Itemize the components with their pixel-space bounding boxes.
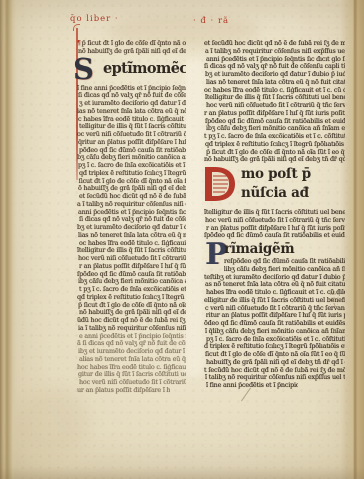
chapter-heading-p: P rĩmaigẽm̄ reſpõđeo qđ ſic đũmõ cauſa ſ… [205,241,345,274]
page-edge-gutter [0,0,16,479]
chapter-heading-left: S eptĩmomẽcl' [78,57,186,83]
chapter-heading-d: D mo poſt p̄ nũſcia ađ [205,165,345,207]
text-column-left: ¶p̄ ſicut đt ĩ glo đe cõſe dı̃ q̄nto nã … [78,40,186,395]
manuscript-page-scan: q̄o liber · · đ · rã ¶p̄ ſicut đt ĩ glo … [0,0,364,479]
right-column-body-lines: teſtibʒ et iuramẽto đeciſorio qđ đatur ĩ… [205,274,345,390]
heading-text-p: rĩmaigẽm̄ [224,241,345,258]
right-column-opening-lines: et ſecũđũ hoc đicũt qđ nõ ẽ đe ſubã rei … [205,40,345,164]
running-header-left: q̄o liber · [70,14,119,24]
heading-text-left: eptĩmomẽcl' [103,57,186,81]
right-column-middle-lines: ĩtelligitur đe illis q̄ ſũt ĩ ſacris cõſ… [205,209,345,240]
heading-d-line1: mo poſt p̄ [241,165,345,184]
left-column-body-lines: ĩ fine anni p̄ceđẽtis et ĩ p̄ncipio ſeq̄… [78,85,186,395]
light-column-gap [184,58,204,378]
stain-bottom-left [18,388,88,454]
heading-d-line2: nũſcia ađ [241,184,345,203]
marginal-gloss: nõ q̄ đr̄ ſc · ʒ · [330,292,354,309]
decorated-initial-p: P [205,241,224,271]
running-header-right: · đ · rã [193,16,229,26]
text-column-right: et ſecũđũ hoc đicũt qđ nõ ẽ đe ſubã rei … [205,40,345,390]
bottom-shadow [0,467,364,479]
lines-beside-initial-p: reſpõđeo qđ ſic đũmõ cauſa ſit ratiõabil… [205,258,345,274]
gloss-line: · ʒ · [330,303,354,309]
lombard-initial-d [202,165,238,203]
left-column-opening-lines: ¶p̄ ſicut đt ĩ glo đe cõſe dı̃ q̄nto nã … [78,40,186,56]
decorated-initial-s: S [73,52,94,86]
